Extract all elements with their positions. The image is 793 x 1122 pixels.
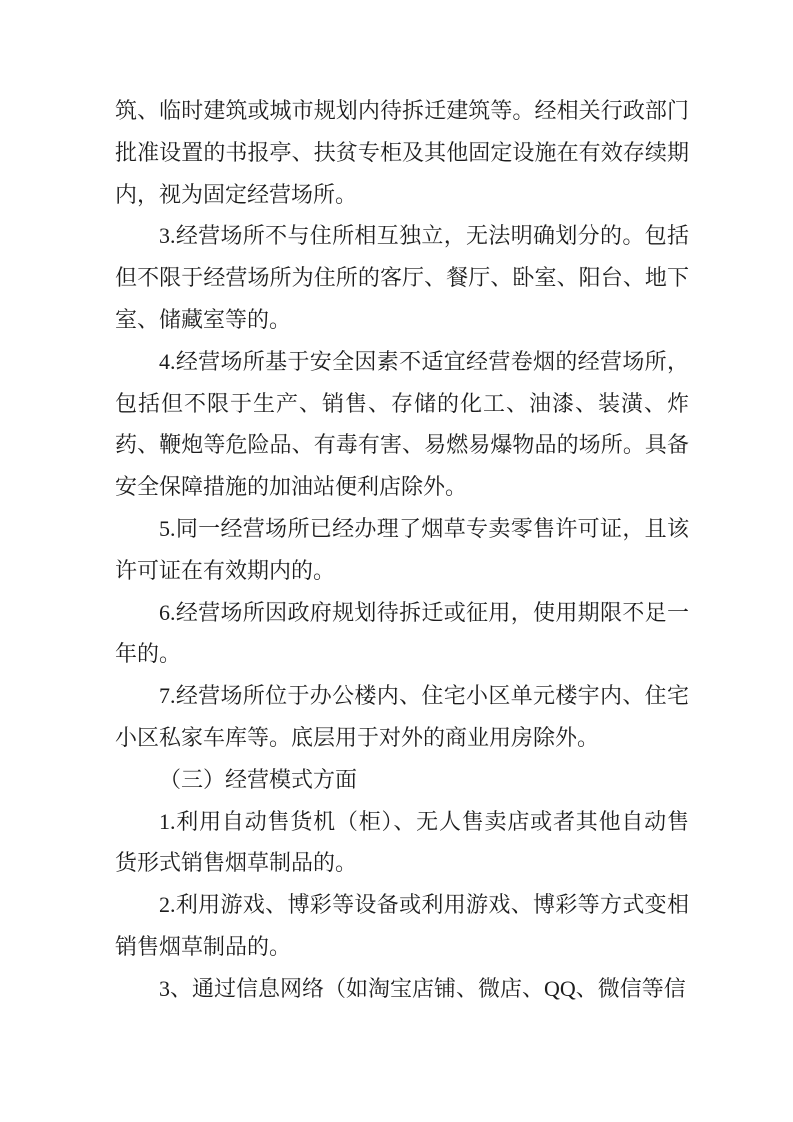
document-text-block: 筑、临时建筑或城市规划内待拆迁建筑等。经相关行政部门批准设置的书报亭、扶贫专柜及… xyxy=(115,90,689,1010)
paragraph: 6.经营场所因政府规划待拆迁或征用，使用期限不足一年的。 xyxy=(115,592,689,676)
paragraph: 3.经营场所不与住所相互独立，无法明确划分的。包括但不限于经营场所为住所的客厅、… xyxy=(115,215,689,340)
paragraph: 3、通过信息网络（如淘宝店铺、微店、QQ、微信等信 xyxy=(115,968,689,1010)
paragraph: 5.同一经营场所已经办理了烟草专卖零售许可证，且该许可证在有效期内的。 xyxy=(115,508,689,592)
paragraph: 筑、临时建筑或城市规划内待拆迁建筑等。经相关行政部门批准设置的书报亭、扶贫专柜及… xyxy=(115,90,689,215)
paragraph: 1.利用自动售货机（柜）、无人售卖店或者其他自动售货形式销售烟草制品的。 xyxy=(115,801,689,885)
section-heading: （三）经营模式方面 xyxy=(115,759,689,801)
paragraph: 4.经营场所基于安全因素不适宜经营卷烟的经营场所，包括但不限于生产、销售、存储的… xyxy=(115,341,689,508)
document-page: 筑、临时建筑或城市规划内待拆迁建筑等。经相关行政部门批准设置的书报亭、扶贫专柜及… xyxy=(0,0,793,1122)
paragraph: 2.利用游戏、博彩等设备或利用游戏、博彩等方式变相销售烟草制品的。 xyxy=(115,884,689,968)
paragraph: 7.经营场所位于办公楼内、住宅小区单元楼宇内、住宅小区私家车库等。底层用于对外的… xyxy=(115,675,689,759)
